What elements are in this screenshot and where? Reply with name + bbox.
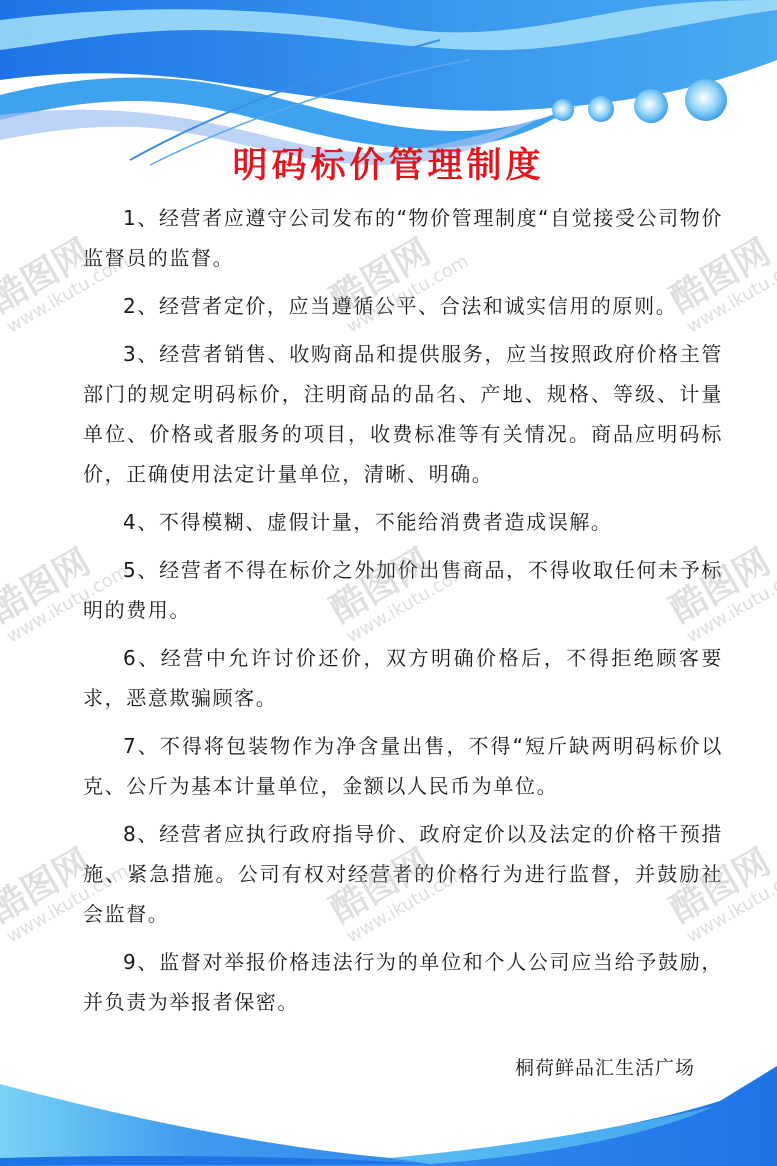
rule-5: 5、经营者不得在标价之外加价出售商品，不得收取任何未予标明的费用。 [83, 550, 723, 630]
rule-8: 8、经营者应执行政府指导价、政府定价以及法定的价格干预措施、紧急措施。公司有权对… [83, 814, 723, 934]
signature: 桐荷鲜品汇生活广场 [515, 1053, 695, 1080]
rule-6: 6、经营中允许讨价还价，双方明确价格后，不得拒绝顾客要求，恶意欺骗顾客。 [83, 638, 723, 718]
rule-1: 1、经营者应遵守公司发布的“物价管理制度“自觉接受公司物价监督员的监督。 [83, 198, 723, 278]
document-title: 明码标价管理制度 [0, 138, 777, 188]
bubble-3 [634, 89, 668, 123]
rule-4: 4、不得模糊、虚假计量，不能给消费者造成误解。 [83, 502, 723, 542]
bubble-4 [685, 79, 727, 121]
bubble-2 [588, 96, 614, 122]
rule-3: 3、经营者销售、收购商品和提供服务，应当按照政府价格主管部门的规定明码标价，注明… [83, 334, 723, 494]
bubble-1 [552, 99, 574, 121]
rule-7: 7、不得将包装物作为净含量出售，不得“短斤缺两明码标价以克、公斤为基本计量单位，… [83, 726, 723, 806]
rules-list: 1、经营者应遵守公司发布的“物价管理制度“自觉接受公司物价监督员的监督。 2、经… [83, 198, 723, 1030]
rule-2: 2、经营者定价，应当遵循公平、合法和诚实信用的原则。 [83, 286, 723, 326]
rule-9: 9、监督对举报价格违法行为的单位和个人公司应当给予鼓励，并负责为举报者保密。 [83, 942, 723, 1022]
